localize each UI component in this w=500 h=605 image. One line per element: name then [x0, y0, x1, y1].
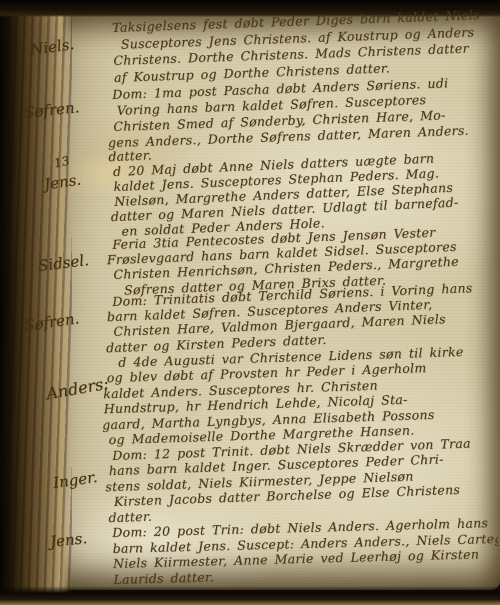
register-entry: d 4de Augusti var Christence Lidens søn …	[112, 343, 500, 448]
book-edge	[0, 0, 72, 605]
register-entry: datter. d 20 Maj døbt Anne Niels datters…	[112, 133, 500, 239]
register-entry: Dom: 20 post Trin: døbt Niels Anders. Ag…	[112, 515, 500, 587]
register-entry: Dom: 12 post Trinit. døbt Niels Skrædder…	[112, 435, 500, 525]
photo-frame: Niels. Søfren. 13 Jens. Sidsel. Søfren. …	[0, 0, 500, 605]
bottom-table-shadow	[0, 586, 500, 605]
margin-name: Jens.	[49, 529, 88, 551]
register-entry: Taksigelsens fest døbt Peder Diges barn …	[112, 7, 500, 86]
